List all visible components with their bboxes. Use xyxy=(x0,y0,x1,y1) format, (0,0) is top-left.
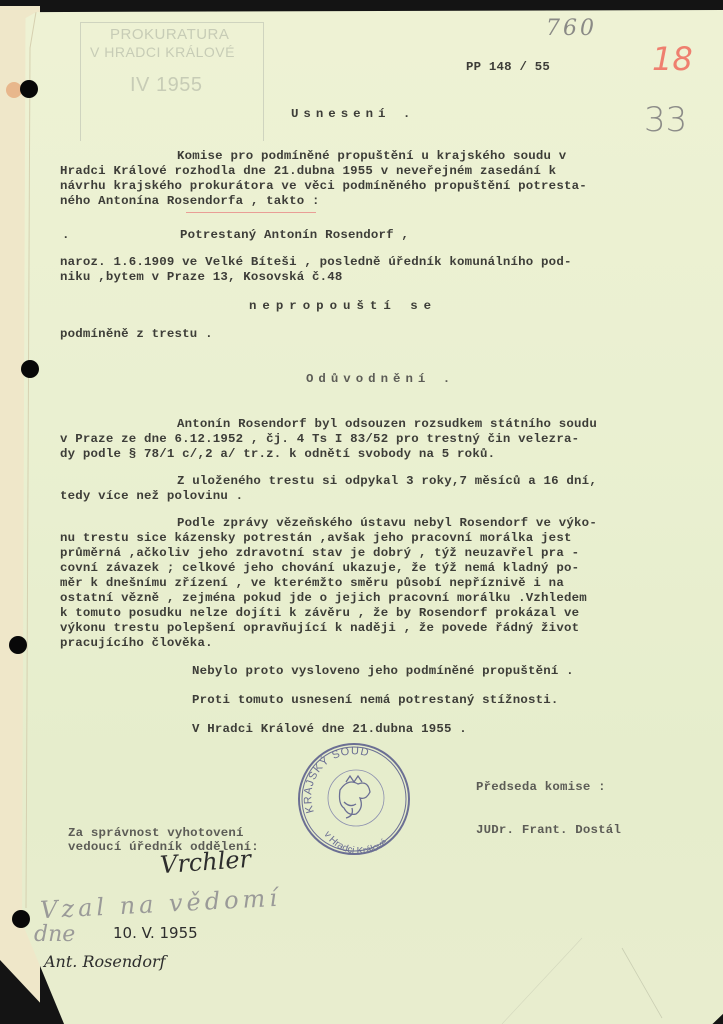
pencil-folio-number: 33 xyxy=(644,100,687,140)
punch-hole xyxy=(21,360,39,378)
red-folio-number: 18 xyxy=(652,40,693,78)
handwritten-date: 10. V. 1955 xyxy=(113,924,198,942)
convict-details-line: naroz. 1.6.1909 ve Velké Bíteši , posled… xyxy=(60,255,572,270)
received-stamp-line2: V HRADCI KRÁLOVÉ xyxy=(90,44,235,60)
handwritten-date-prefix: dne xyxy=(34,922,75,947)
received-stamp-line1: PROKURATURA xyxy=(110,26,229,43)
court-seal: KRAJSKÝ SOUD v Hradci Králové xyxy=(296,742,412,856)
reasoning-line: v Praze ze dne 6.12.1952 , čj. 4 Ts I 83… xyxy=(60,432,579,447)
copy-certification-line: Za správnost vyhotovení xyxy=(68,826,244,840)
reasoning-line: Antonín Rosendorf byl odsouzen rozsudkem… xyxy=(177,417,597,432)
chair-label: Předseda komise : xyxy=(476,780,606,795)
reasoning-line: covní závazek ; celkové jeho chování uka… xyxy=(60,561,579,576)
convict-name-line: Potrestaný Antonín Rosendorf , xyxy=(180,228,409,243)
punch-hole xyxy=(9,636,27,654)
verdict: nepropouští se xyxy=(249,299,437,314)
appeal-note: Proti tomuto usnesení nemá potrestaný st… xyxy=(192,693,559,708)
handwritten-signature: Ant. Rosendorf xyxy=(44,952,166,971)
lion-emblem xyxy=(340,776,371,818)
reasoning-line: k tomuto posudku nelze dojíti k závěru ,… xyxy=(60,606,579,621)
reasoning-line: výkonu trestu polepšení opravňující k na… xyxy=(60,621,579,636)
conclusion: Nebylo proto vysloveno jeho podmíněné pr… xyxy=(192,664,574,679)
place-date: V Hradci Králové dne 21.dubna 1955 . xyxy=(192,722,467,737)
chair-name: JUDr. Frant. Dostál xyxy=(476,823,621,838)
file-reference: PP 148 / 55 xyxy=(466,60,550,75)
verdict-tail: podmíněně z trestu . xyxy=(60,327,213,342)
intro-line: Hradci Králové rozhodla dne 21.dubna 195… xyxy=(60,164,556,179)
reasoning-line: dy podle § 78/1 c/,2 a/ tr.z. k odnětí s… xyxy=(60,447,495,462)
reasoning-line: průměrná ,ačkoliv jeho zdravotní stav je… xyxy=(60,546,579,561)
archive-number: 760 xyxy=(546,16,597,41)
bullet-dot: . xyxy=(62,228,70,243)
reasoning-line: Z uloženého trestu si odpykal 3 roky,7 m… xyxy=(177,474,597,489)
punch-hole xyxy=(20,80,38,98)
intro-line: Komise pro podmíněné propuštění u krajsk… xyxy=(177,149,566,164)
svg-text:v Hradci Králové: v Hradci Králové xyxy=(321,829,390,856)
intro-line: návrhu krajského prokurátora ve věci pod… xyxy=(60,179,587,194)
reasoning-line: pracujícího člověka. xyxy=(60,636,213,651)
reasoning-line: měr k dnešnímu zřízení , ve kterémžto sm… xyxy=(60,576,564,591)
received-stamp-date: IV 1955 xyxy=(130,74,202,97)
reasoning-line: tedy více než polovinu . xyxy=(60,489,243,504)
reasoning-heading: Odůvodnění . xyxy=(306,372,455,387)
reasoning-line: Podle zprávy vězeňského ústavu nebyl Ros… xyxy=(177,516,597,531)
scan-corner-shadow xyxy=(0,960,60,1024)
reasoning-line: ostatní vězně , zejména pokud jde o jeji… xyxy=(60,591,587,606)
punch-hole xyxy=(12,910,30,928)
red-underline xyxy=(186,212,316,213)
intro-line: ného Antonína Rosendorfa , takto : xyxy=(60,194,320,209)
document-title: Usnesení . xyxy=(291,107,415,122)
reasoning-line: nu trestu sice kázensky potrestán ,avšak… xyxy=(60,531,572,546)
convict-details-line: niku ,bytem v Praze 13, Kosovská č.48 xyxy=(60,270,343,285)
